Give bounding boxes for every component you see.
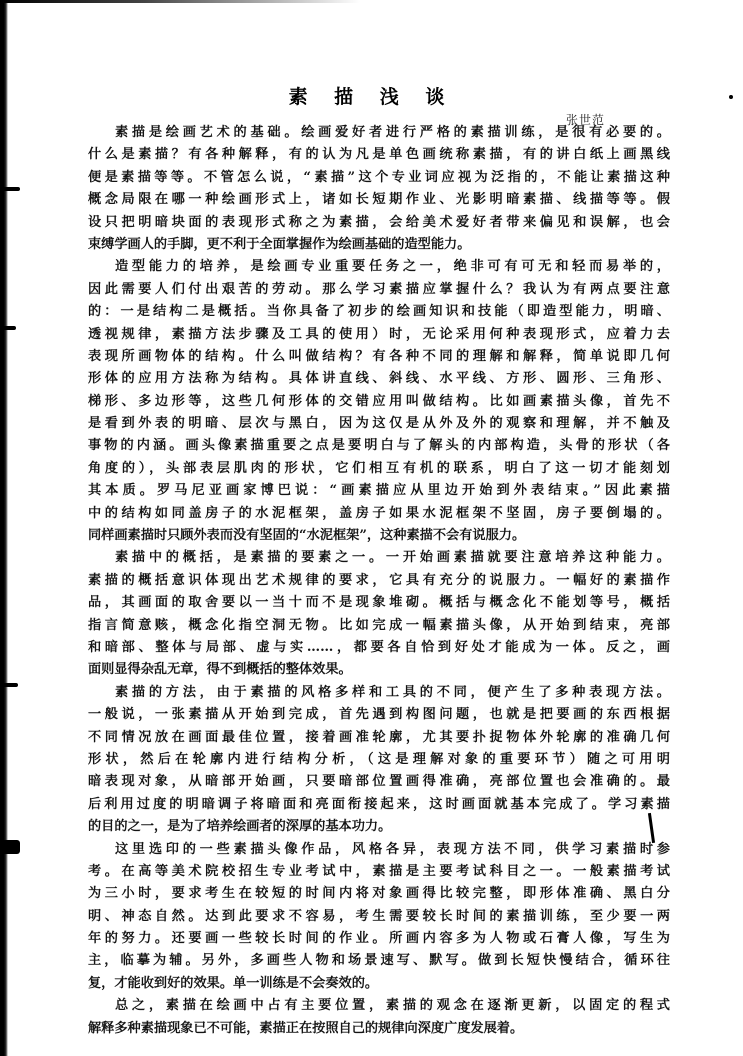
text-line: 同样画素描时只顾外表而没有坚固的“水泥框架”，这种素描不会有说服力。 bbox=[88, 525, 670, 547]
text-line: 品，其画面的取舍要以一当十而不是现象堆砌。概括与概念化不能划等号，概括 bbox=[88, 592, 670, 614]
text-line: 素描的方法，由于素描的风格多样和工具的不同，便产生了多种表现方法。 bbox=[88, 682, 670, 704]
text-line: 和暗部、整体与局部、虚与实……，都要各自恰到好处才能成为一体。反之，画 bbox=[88, 637, 670, 659]
article-body: 素描是绘画艺术的基础。绘画爱好者进行严格的素描训练，是很有必要的。什么是素描？有… bbox=[88, 122, 670, 1040]
text-line: 形体的应用方法称为结构。具体讲直线、斜线、水平线、方形、圆形、三角形、 bbox=[88, 368, 670, 390]
text-line: 素描的概括意识体现出艺术规律的要求，它具有充分的说服力。一幅好的素描作 bbox=[88, 570, 670, 592]
text-line: 为三小时，要求考生在较短的时间内将对象画得比较完整，即形体准确、黑白分 bbox=[88, 883, 670, 905]
scan-edge-top bbox=[0, 0, 360, 3]
text-line: 什么是素描？有各种解释，有的认为凡是单色画统称素描，有的讲白纸上画黑线 bbox=[88, 144, 670, 166]
text-line: 复，才能收到好的效果。单一训练是不会奏效的。 bbox=[88, 973, 670, 995]
text-line: 概念局限在哪一种绘画形式上，诸如长短期作业、光影明暗素描、线描等等。假 bbox=[88, 189, 670, 211]
text-line: 明、神态自然。达到此要求不容易，考生需要较长时间的素描训练，至少要一两 bbox=[88, 906, 670, 928]
text-line: 角度的），头部表层肌肉的形状，它们相互有机的联系，明白了这一切才能刻划 bbox=[88, 458, 670, 480]
text-line: 梯形、多边形等，这些几何形体的交错应用叫做结构。比如画素描头像，首先不 bbox=[88, 391, 670, 413]
paragraph: 总之，素描在绘画中占有主要位置，素描的观念在逐渐更新，以固定的程式解释多种素描现… bbox=[88, 995, 670, 1040]
text-line: 暗表现对象，从暗部开始画，只要暗部位置画得准确，亮部位置也会准确的。最 bbox=[88, 771, 670, 793]
text-line: 设只把明暗块面的表现形式称之为素描，会给美术爱好者带来偏见和误解，也会 bbox=[88, 212, 670, 234]
paragraph: 素描的方法，由于素描的风格多样和工具的不同，便产生了多种表现方法。一般说，一张素… bbox=[88, 682, 670, 839]
text-line: 表现所画物体的结构。什么叫做结构？有各种不同的理解和解释，简单说即几何 bbox=[88, 346, 670, 368]
text-line: 后利用过度的明暗调子将暗面和亮面衔接起来，这时画面就基本完成了。学习素描 bbox=[88, 794, 670, 816]
text-line: 素描中的概括，是素描的要素之一。一开始画素描就要注意培养这种能力。 bbox=[88, 547, 670, 569]
text-line: 总之，素描在绘画中占有主要位置，素描的观念在逐渐更新，以固定的程式 bbox=[88, 995, 670, 1017]
text-line: 素描是绘画艺术的基础。绘画爱好者进行严格的素描训练，是很有必要的。 bbox=[88, 122, 670, 144]
text-line: 解释多种素描现象已不可能，素描正在按照自己的规律向深度广度发展着。 bbox=[88, 1018, 670, 1040]
text-line: 面则显得杂乱无章，得不到概括的整体效果。 bbox=[88, 659, 670, 681]
text-line: 形状，然后在轮廓内进行结构分析，（这是理解对象的重要环节）随之可用明 bbox=[88, 749, 670, 771]
text-line: 考。在高等美术院校招生专业考试中，素描是主要考试科目之一。一般素描考试 bbox=[88, 861, 670, 883]
text-line: 透视规律，素描方法步骤及工具的使用）时，无论采用何种表现形式，应着力去 bbox=[88, 324, 670, 346]
text-line: 中的结构如同盖房子的水泥框架，盖房子如果水泥框架不坚固，房子要倒塌的。 bbox=[88, 503, 670, 525]
paragraph: 素描是绘画艺术的基础。绘画爱好者进行严格的素描训练，是很有必要的。什么是素描？有… bbox=[88, 122, 670, 256]
text-line: 这里选印的一些素描头像作品，风格各异，表现方法不同，供学习素描时参 bbox=[88, 839, 670, 861]
text-line: 其本质。罗马尼亚画家博巴说：“画素描应从里边开始到外表结束。”因此素描 bbox=[88, 480, 670, 502]
text-line: 因此需要人们付出艰苦的劳动。那么学习素描应掌握什么？我认为有两点要注意 bbox=[88, 279, 670, 301]
text-line: 是看到外表的明暗、层次与黑白，因为这仅是从外及外的观察和理解，并不触及 bbox=[88, 413, 670, 435]
scan-artifact bbox=[2, 840, 20, 854]
text-line: 的：一是结构二是概括。当你具备了初步的绘画知识和技能（即造型能力，明暗、 bbox=[88, 301, 670, 323]
paragraph: 这里选印的一些素描头像作品，风格各异，表现方法不同，供学习素描时参考。在高等美术… bbox=[88, 839, 670, 996]
text-line: 便是素描等等。不管怎么说，“素描”这个专业词应视为泛指的，不能让素描这种 bbox=[88, 167, 670, 189]
text-line: 的目的之一，是为了培养绘画者的深厚的基本功力。 bbox=[88, 816, 670, 838]
article-title: 素 描 浅 谈 bbox=[0, 82, 743, 109]
text-line: 束缚学画人的手脚，更不利于全面掌握作为绘画基础的造型能力。 bbox=[88, 234, 670, 256]
scan-artifact bbox=[2, 187, 20, 191]
text-line: 事物的内涵。画头像素描重要之点是要明白与了解头的内部构造，头骨的形状（各 bbox=[88, 435, 670, 457]
text-line: 指言简意赅，概念化指空洞无物。比如完成一幅素描头像，从开始到结束，亮部 bbox=[88, 615, 670, 637]
scan-artifact bbox=[2, 683, 18, 687]
paragraph: 素描中的概括，是素描的要素之一。一开始画素描就要注意培养这种能力。素描的概括意识… bbox=[88, 547, 670, 681]
text-line: 主，临摹为辅。另外，多画些人物和场景速写、默写。做到长短快慢结合，循环往 bbox=[88, 950, 670, 972]
scan-edge-left bbox=[0, 0, 8, 1056]
text-line: 不同情况放在画面最佳位置，接着画准轮廓，尤其要扑捉物体外轮廓的准确几何 bbox=[88, 727, 670, 749]
text-line: 年的努力。还要画一些较长时间的作业。所画内容多为人物或石膏人像，写生为 bbox=[88, 928, 670, 950]
scan-artifact bbox=[2, 326, 16, 330]
text-line: 造型能力的培养，是绘画专业重要任务之一，绝非可有可无和轻而易举的， bbox=[88, 256, 670, 278]
text-line: 一般说，一张素描从开始到完成，首先遇到构图问题，也就是把要画的东西根据 bbox=[88, 704, 670, 726]
paragraph: 造型能力的培养，是绘画专业重要任务之一，绝非可有可无和轻而易举的，因此需要人们付… bbox=[88, 256, 670, 547]
